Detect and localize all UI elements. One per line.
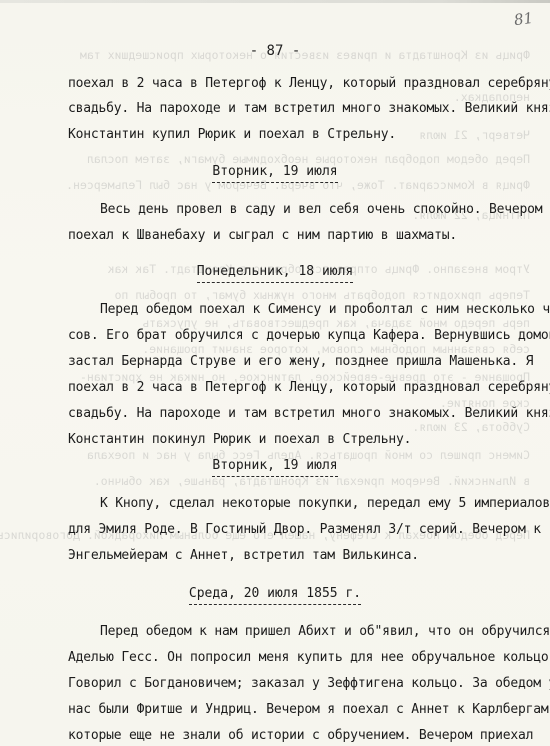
text-line: которые еще не знали об истории с обруче… xyxy=(68,728,533,743)
text-line: застал Бернарда Струве и его жену, поздн… xyxy=(68,354,533,369)
text-line: Перед обедом поехал к Сименсу и проболта… xyxy=(100,302,550,317)
text-line: Константин купил Рюрик и поехал в Стрель… xyxy=(68,127,396,142)
text-line: поехал в 2 часа в Петергоф к Ленцу, кото… xyxy=(68,76,550,91)
text-line: Аделью Гесс. Он попросил меня купить для… xyxy=(68,650,550,665)
text-line: Весь день провел в саду и вел себя очень… xyxy=(100,202,542,217)
scan-edge xyxy=(0,0,550,3)
text-line: Перед обедом к нам пришел Абихт и об"яви… xyxy=(100,624,550,639)
text-line: свадьбу. На пароходе и там встретил мног… xyxy=(68,406,550,421)
date-heading: Вторник, 19 июля xyxy=(0,164,550,183)
document-page: Фриць из Кронштадта и привез известия о … xyxy=(0,0,550,746)
date-heading: Вторник, 19 июля xyxy=(0,458,550,477)
text-line: сов. Его брат обручился с дочерью купца … xyxy=(68,328,550,343)
text-line: Константин покинул Рюрик и поехал в Стре… xyxy=(68,432,411,447)
text-line: свадьбу. На пароходе и там встретил мног… xyxy=(68,101,550,116)
page-number: - 87 - xyxy=(0,43,550,59)
text-line: поехал в 2 часа в Петергоф к Ленцу, кото… xyxy=(68,380,550,395)
text-line: нас были Фритше и Ундриц. Вечером я поех… xyxy=(68,702,550,717)
text-line: поехал к Шванебаху и сыграл с ним партию… xyxy=(68,228,457,243)
date-heading: Понедельник, 18 июля xyxy=(0,264,550,283)
text-line: Энгельмейерам с Аннет, встретил там Виль… xyxy=(68,548,419,563)
handwritten-folio-number: 81 xyxy=(513,9,534,29)
text-line: Говорил с Богдановичем; заказал у Зеффти… xyxy=(68,676,550,691)
text-line: К Кнопу, сделал некоторые покупки, перед… xyxy=(100,496,550,511)
date-heading: Среда, 20 июля 1855 г. xyxy=(0,586,550,605)
text-line: для Эмиля Роде. В Гостиный Двор. Разменя… xyxy=(68,522,541,537)
